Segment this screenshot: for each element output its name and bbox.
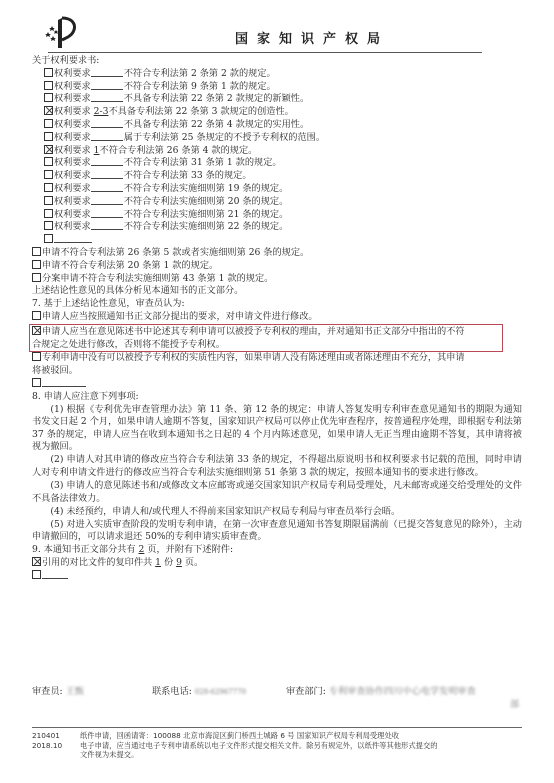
claim-text: 不符合专利法实施细则第 22 条的规定。 — [124, 221, 289, 232]
claim-text: 不符合专利法第 33 条的规定。 — [124, 170, 252, 181]
claim-label: 权利要求 — [54, 170, 91, 181]
claims-blank[interactable] — [91, 209, 123, 218]
application-item-text: 分案申请不符合专利法实施细则第 43 条第 1 款的规定。 — [42, 273, 273, 284]
section7-option-other — [32, 378, 522, 391]
notice-body: 关于权利要求书: 权利要求不符合专利法第 2 条第 2 款的规定。 权利要求不符… — [32, 55, 522, 582]
claim-label: 权利要求 — [54, 106, 91, 117]
section9-suffix: 页，并附有下述附件: — [147, 544, 233, 555]
application-item: 申请不符合专利法第 20 条第 1 款的规定。 — [32, 260, 522, 273]
dept-value: 专利审查协作四川中心电学发明审查 — [329, 686, 476, 697]
claims-blank[interactable] — [91, 157, 123, 166]
org-title: 国家知识产权局 — [0, 34, 554, 47]
checkbox[interactable] — [44, 183, 53, 192]
claims-blank[interactable] — [91, 183, 123, 192]
claim-label: 权利要求 — [54, 93, 91, 104]
copies-unit: 份 — [164, 557, 173, 568]
examiner: 审查员: 王甄 — [32, 686, 84, 699]
attachment-item-other — [32, 570, 522, 583]
section8-title: 8. 申请人应注意下列事项: — [32, 391, 522, 404]
copies-count: 1 — [155, 557, 161, 568]
claim-item: 权利要求不符合专利法实施细则第 20 条的规定。 — [44, 196, 522, 209]
claims-blank[interactable] — [91, 221, 123, 230]
claims-checklist: 权利要求不符合专利法第 2 条第 2 款的规定。 权利要求不符合专利法第 9 条… — [32, 68, 522, 247]
checkbox[interactable] — [44, 221, 53, 230]
checkbox[interactable] — [44, 196, 53, 205]
dept-label: 审查部门: — [286, 686, 326, 697]
other-blank[interactable] — [42, 570, 68, 579]
claim-item-other — [44, 234, 522, 247]
claim-text: 不符合专利法实施细则第 19 条的规定。 — [124, 183, 289, 194]
exam-department: 审查部门: 专利审查协作四川中心电学发明审查 — [286, 686, 476, 699]
claim-text: 属于专利法第 25 条规定的不授予专利权的范围。 — [124, 132, 325, 143]
checkbox[interactable] — [44, 209, 53, 218]
claims-blank[interactable] — [91, 81, 123, 90]
claim-label: 权利要求 — [54, 68, 91, 79]
footer-line: 纸件申请，回函请寄：100088 北京市海淀区蓟门桥西土城路 6 号 国家知识产… — [80, 731, 522, 741]
section9-prefix: 9. 本通知书正文部分共有 — [32, 544, 136, 555]
claim-text: 不具备专利法第 22 条第 2 款规定的新颖性。 — [124, 93, 309, 104]
analysis-note: 上述结论性意见的具体分析见本通知书的正文部分。 — [32, 285, 522, 298]
claim-label: 权利要求 — [54, 196, 91, 207]
claim-label: 权利要求 — [54, 145, 91, 156]
section7-title: 7. 基于上述结论性意见，审查员认为: — [32, 298, 522, 311]
phone-label: 联系电话: — [152, 686, 192, 697]
checkbox[interactable] — [32, 352, 41, 361]
claim-item: 权利要求 2-3不具备专利法第 22 条第 3 款规定的创造性。 — [44, 106, 522, 119]
checkbox[interactable] — [32, 273, 41, 282]
footer-line: 电子申请，应当通过电子专利申请系统以电子文件形式提交相关文件。除另有规定外，以纸… — [80, 741, 522, 751]
page-header: 国家知识产权局 — [0, 0, 554, 58]
application-item-text: 申请不符合专利法第 20 条第 1 款的规定。 — [42, 260, 218, 271]
checkbox[interactable] — [44, 93, 53, 102]
footer-line: 文件视为未提交。 — [80, 750, 522, 760]
option-text-continued: 合规定之处进行修改，否则将不能授予专利权。 — [32, 339, 500, 352]
other-blank[interactable] — [42, 378, 86, 387]
claim-label: 权利要求 — [54, 209, 91, 220]
claim-item: 权利要求 1不符合专利法第 26 条第 4 款的规定。 — [44, 145, 522, 158]
option-text: 申请人应当在意见陈述书中论述其专利申请可以被授予专利权的理由，并对通知书正文部分… — [42, 326, 465, 337]
examiner-label: 审查员: — [32, 686, 63, 697]
notice-item-3: (3) 申请人的意见陈述书和/或修改文本应邮寄或递交国家知识产权局专利局受理处，… — [32, 480, 522, 505]
checkbox[interactable] — [44, 132, 53, 141]
claim-item: 权利要求不符合专利法第 2 条第 2 款的规定。 — [44, 68, 522, 81]
claims-number[interactable]: 2-3 — [94, 106, 109, 117]
checkbox[interactable] — [32, 570, 41, 579]
claim-text: 不符合专利法实施细则第 20 条的规定。 — [124, 196, 289, 207]
claim-item: 权利要求属于专利法第 25 条规定的不授予专利权的范围。 — [44, 132, 522, 145]
form-code: 210401 — [32, 731, 72, 741]
claims-section-title: 关于权利要求书: — [32, 55, 522, 68]
claim-label: 权利要求 — [54, 157, 91, 168]
pages-unit: 页。 — [185, 557, 203, 568]
section9-title: 9. 本通知书正文部分共有 2 页，并附有下述附件: — [32, 544, 522, 557]
claim-item: 权利要求不符合专利法实施细则第 21 条的规定。 — [44, 209, 522, 222]
claim-text: 不符合专利法第 26 条第 4 款的规定。 — [100, 145, 258, 156]
option-text: 专利申请中没有可以被授予专利权的实质性内容，如果申请人没有陈述理由或者陈述理由不… — [42, 352, 465, 363]
claims-blank[interactable] — [91, 170, 123, 179]
claim-text: 不符合专利法第 9 条第 1 款的规定。 — [124, 81, 276, 92]
claim-label: 权利要求 — [54, 221, 91, 232]
office-action-page: 国家知识产权局 关于权利要求书: 权利要求不符合专利法第 2 条第 2 款的规定… — [0, 0, 554, 783]
attachment-item: 引用的对比文件的复印件共 1 份 9 页。 — [32, 557, 522, 570]
footer-divider — [32, 727, 522, 728]
claims-blank[interactable] — [91, 196, 123, 205]
application-item-text: 申请不符合专利法第 26 条第 5 款或者实施细则第 26 条的规定。 — [42, 247, 309, 258]
claims-blank[interactable] — [91, 93, 123, 102]
claim-text: 不具备专利法第 22 条第 4 款规定的实用性。 — [124, 119, 309, 130]
phone-value: 028-62967770 — [195, 688, 246, 696]
claim-item: 权利要求不符合专利法第 33 条的规定。 — [44, 170, 522, 183]
claim-text: 不符合专利法实施细则第 21 条的规定。 — [124, 209, 289, 220]
claim-item: 权利要求不符合专利法实施细则第 19 条的规定。 — [44, 183, 522, 196]
checkbox-checked[interactable] — [44, 145, 53, 154]
checkbox-checked[interactable] — [44, 106, 53, 115]
checkbox[interactable] — [32, 311, 41, 320]
checkbox[interactable] — [44, 170, 53, 179]
claim-item: 权利要求不具备专利法第 22 条第 4 款规定的实用性。 — [44, 119, 522, 132]
attachment-text: 引用的对比文件的复印件共 — [42, 557, 152, 568]
form-date: 2018.10 — [32, 741, 72, 751]
header-divider — [48, 52, 482, 53]
checkbox[interactable] — [44, 234, 53, 243]
section7-option-selected: 申请人应当在意见陈述书中论述其专利申请可以被授予专利权的理由，并对通知书正文部分… — [32, 326, 500, 339]
dept-value-continued: 部 — [510, 699, 519, 712]
checkbox[interactable] — [32, 378, 41, 387]
checkbox[interactable] — [44, 81, 53, 90]
checkbox-checked[interactable] — [32, 326, 41, 335]
highlighted-conclusion: 申请人应当在意见陈述书中论述其专利申请可以被授予专利权的理由，并对通知书正文部分… — [29, 324, 503, 353]
examiner-name: 王甄 — [66, 686, 84, 697]
checkbox[interactable] — [44, 157, 53, 166]
claim-label: 权利要求 — [54, 119, 91, 130]
footer-instructions: 纸件申请，回函请寄：100088 北京市海淀区蓟门桥西土城路 6 号 国家知识产… — [80, 731, 522, 760]
claim-text: 不具备专利法第 22 条第 3 款规定的创造性。 — [108, 106, 293, 117]
checkbox[interactable] — [44, 119, 53, 128]
application-item: 分案申请不符合专利法实施细则第 43 条第 1 款的规定。 — [32, 273, 522, 286]
page-count: 2 — [138, 544, 144, 555]
claim-text: 不符合专利法第 2 条第 2 款的规定。 — [124, 68, 276, 79]
checkbox-checked[interactable] — [32, 557, 41, 566]
claim-text: 不符合专利法第 31 条第 1 款的规定。 — [124, 157, 282, 168]
notice-item-5: (5) 对进入实质审查阶段的发明专利申请，在第一次审查意见通知书答复期限届满前（… — [32, 519, 522, 544]
claim-label: 权利要求 — [54, 81, 91, 92]
checkbox[interactable] — [44, 68, 53, 77]
claim-label: 权利要求 — [54, 183, 91, 194]
claim-item: 权利要求不具备专利法第 22 条第 2 款规定的新颖性。 — [44, 93, 522, 106]
claim-item: 权利要求不符合专利法第 31 条第 1 款的规定。 — [44, 157, 522, 170]
claims-blank[interactable] — [91, 119, 123, 128]
other-blank[interactable] — [54, 234, 92, 243]
checkbox[interactable] — [32, 260, 41, 269]
claims-blank[interactable] — [91, 68, 123, 77]
section7-option: 申请人应当按照通知书正文部分提出的要求，对申请文件进行修改。 — [32, 311, 522, 324]
notice-item-4: (4) 未经预约，申请人和/或代理人不得前来国家知识产权局专利局与审查员举行会晤… — [32, 506, 522, 519]
notice-item-1: (1) 根据《专利优先审查管理办法》第 11 条、第 12 条的规定：申请人答复… — [32, 404, 522, 454]
claim-item: 权利要求不符合专利法第 9 条第 1 款的规定。 — [44, 81, 522, 94]
application-item: 申请不符合专利法第 26 条第 5 款或者实施细则第 26 条的规定。 — [32, 247, 522, 260]
claim-label: 权利要求 — [54, 132, 91, 143]
claims-blank[interactable] — [91, 132, 123, 141]
contact-phone: 联系电话: 028-62967770 — [152, 686, 246, 699]
notice-item-2: (2) 申请人对其申请的修改应当符合专利法第 33 条的规定，不得超出原说明书和… — [32, 454, 522, 479]
option-text: 申请人应当按照通知书正文部分提出的要求，对申请文件进行修改。 — [42, 311, 318, 322]
section7-option: 专利申请中没有可以被授予专利权的实质性内容，如果申请人没有陈述理由或者陈述理由不… — [32, 352, 522, 365]
attachment-page-count: 9 — [176, 557, 182, 568]
checkbox[interactable] — [32, 247, 41, 256]
option-text-continued: 将被驳回。 — [32, 365, 522, 378]
form-codes: 210401 2018.10 — [32, 731, 72, 750]
signature-block: 审查员: 王甄 联系电话: 028-62967770 审查部门: 专利审查协作四… — [32, 686, 522, 712]
claim-item: 权利要求不符合专利法实施细则第 22 条的规定。 — [44, 221, 522, 234]
